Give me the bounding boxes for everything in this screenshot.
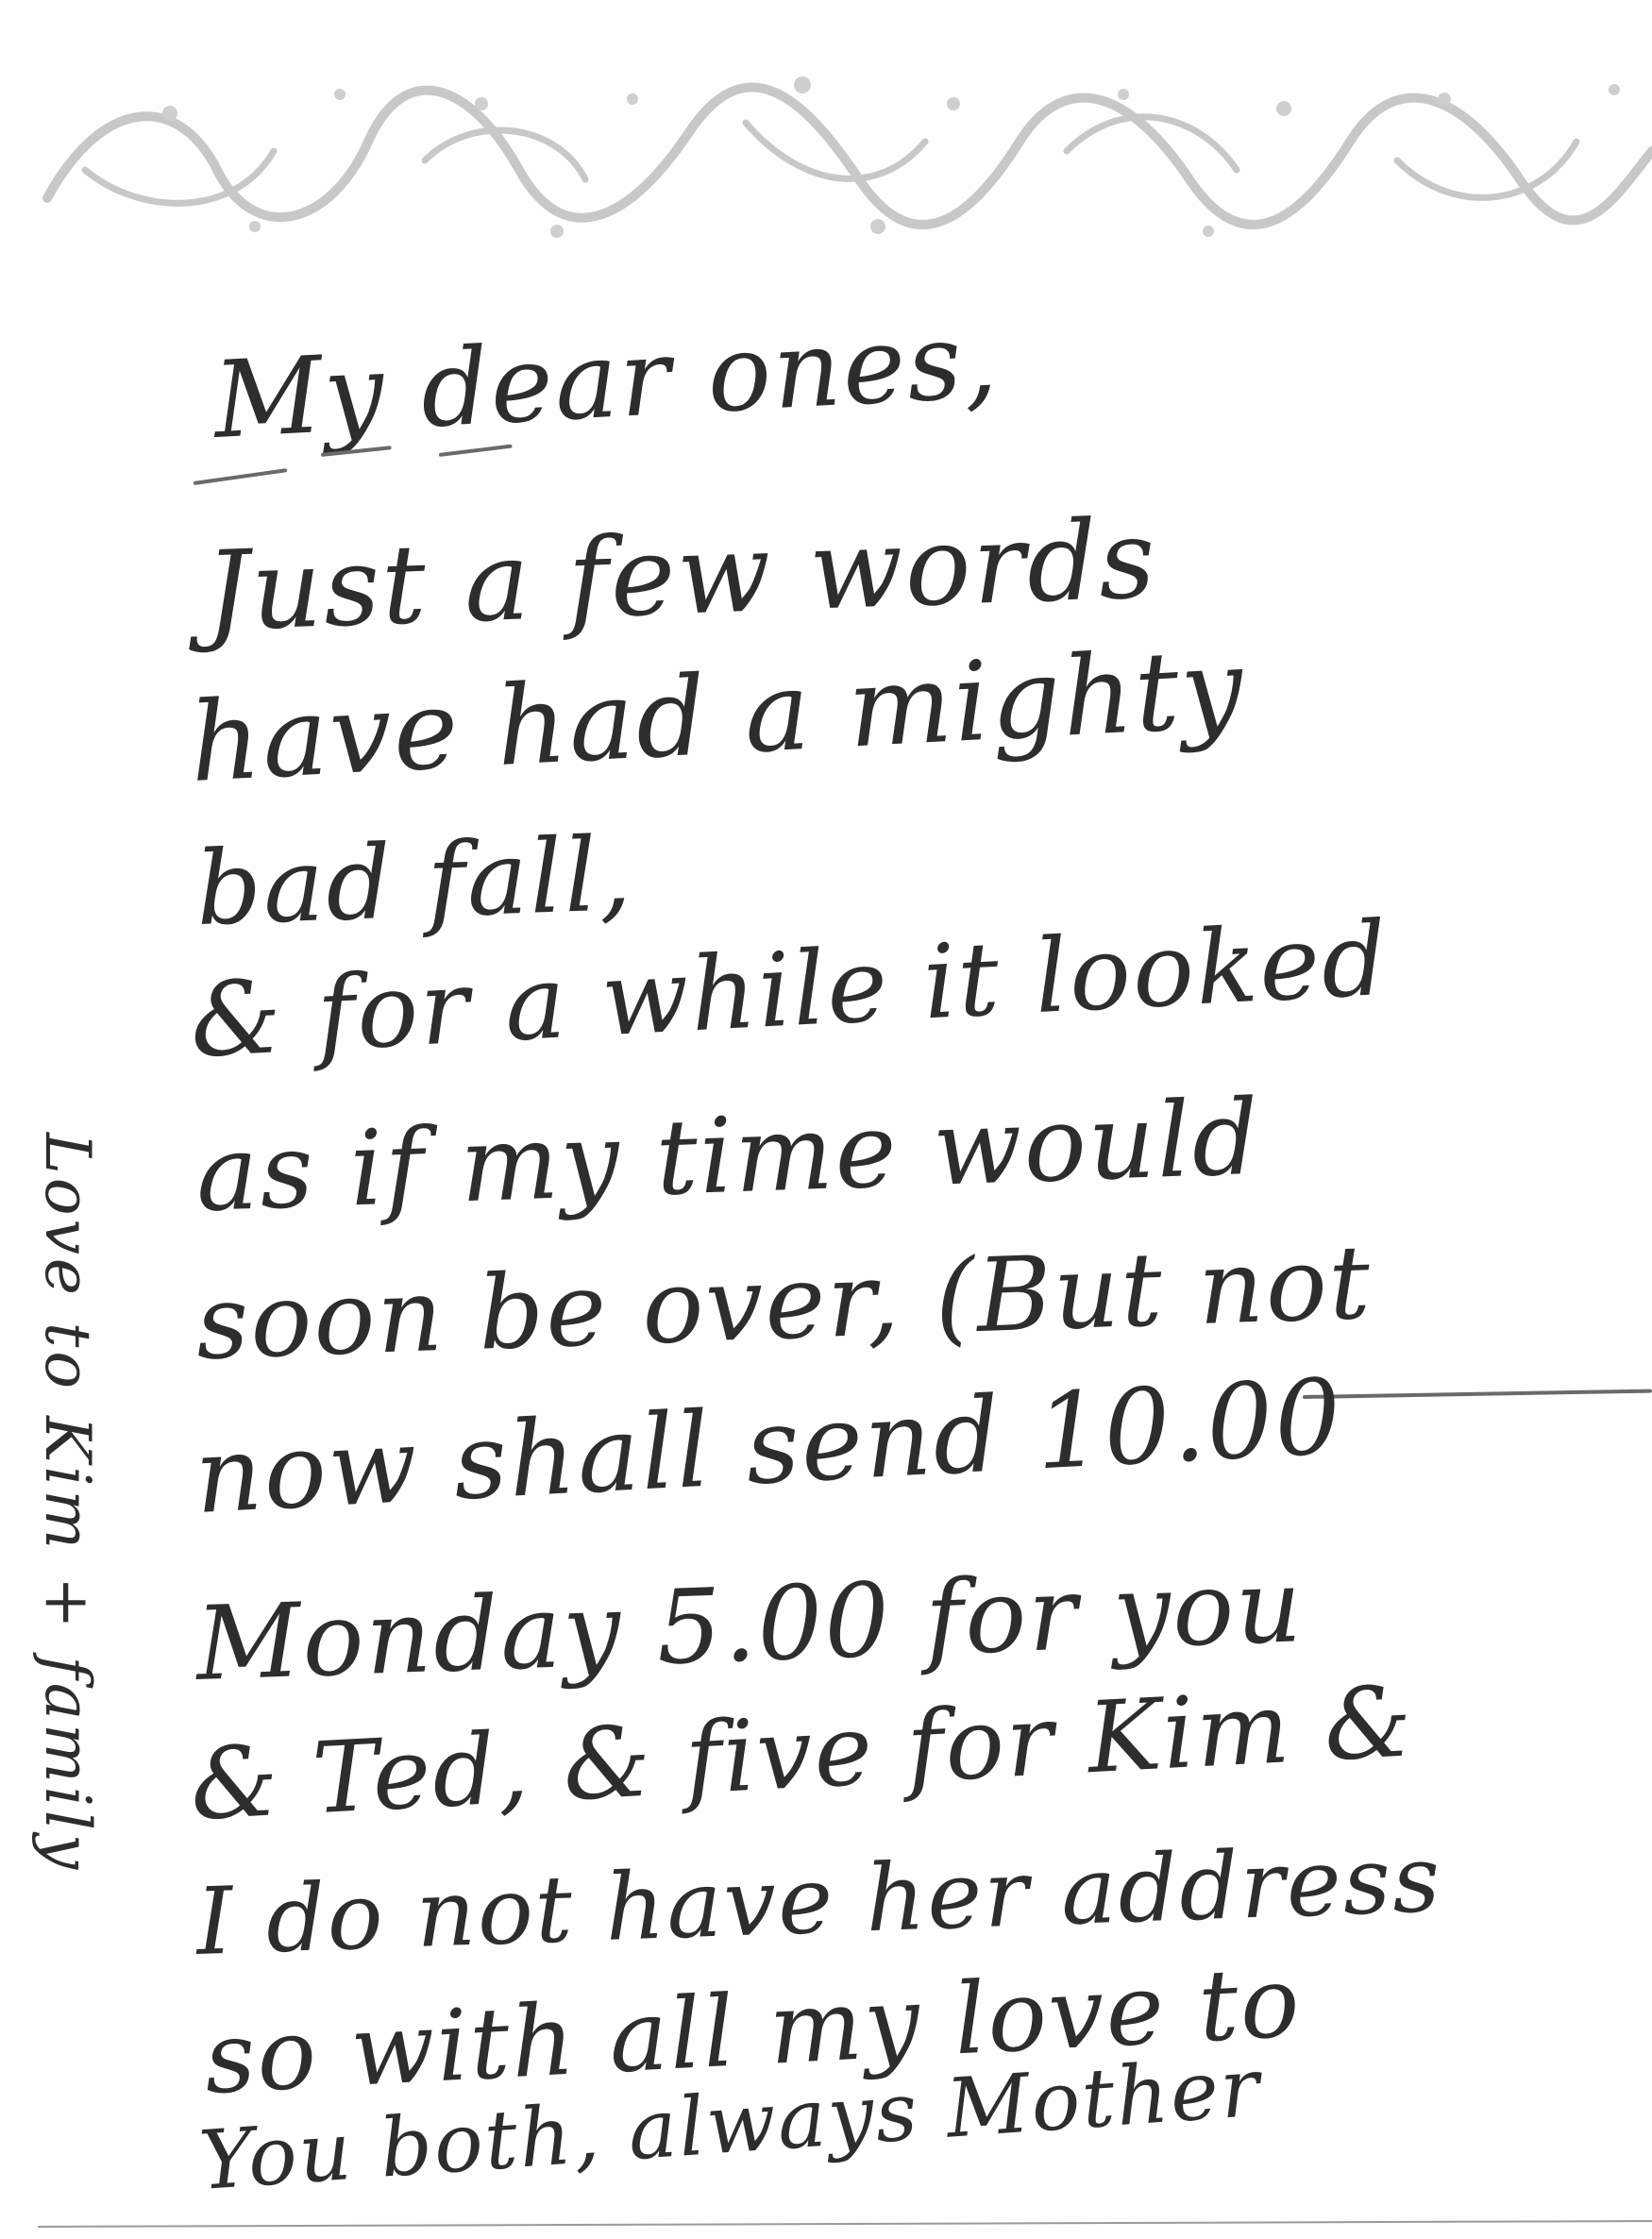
letter-line: bad fall,: [194, 816, 635, 949]
salutation: My dear ones,: [211, 299, 1002, 463]
margin-note: Love to Kim + family: [31, 1133, 104, 1873]
floral-scroll-icon: [28, 57, 1652, 245]
letter-line: soon be over, (But not: [194, 1224, 1374, 1383]
letter-line: as if my time would: [194, 1077, 1263, 1235]
letter-line: Just a few words: [203, 496, 1158, 656]
but-not-underline: [1303, 1389, 1652, 1399]
salutation-underline: [194, 468, 288, 485]
letter-line: have had a mighty: [187, 625, 1248, 807]
floral-header-decoration: [28, 57, 1652, 245]
page-bottom-edge: [38, 2220, 1652, 2228]
letter-line: now shall send 10.00: [192, 1355, 1345, 1537]
letter-page: My dear ones, Just a few words have had …: [0, 0, 1652, 2239]
